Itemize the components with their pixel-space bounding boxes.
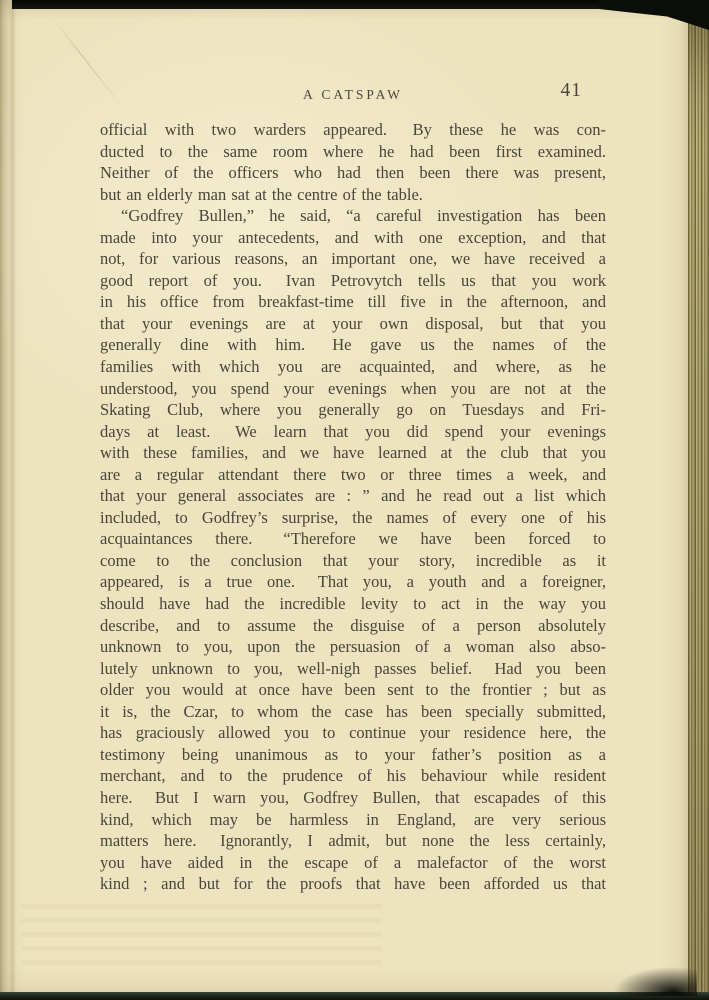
text-line: come to the conclusion that your story, …: [100, 550, 606, 572]
running-title: A CATSPAW: [100, 87, 606, 103]
text-line: good report of you. Ivan Petrovytch tell…: [100, 270, 606, 292]
text-line: lutely unknown to you, well-nigh passes …: [100, 658, 606, 680]
book-scan: A CATSPAW 41 official with two warders a…: [0, 0, 709, 1000]
text-line: generally dine with him. He gave us the …: [100, 334, 606, 356]
text-line: understood, you spend your evenings when…: [100, 378, 606, 400]
page-number: 41: [561, 80, 583, 102]
text-line: kind, which may be harmless in England, …: [100, 809, 606, 831]
text-line: that your general associates are : ” and…: [100, 485, 606, 507]
text-line: merchant, and to the prudence of his beh…: [100, 765, 606, 787]
text-line: acquaintances there. “Therefore we have …: [100, 528, 606, 550]
text-line: should have had the incredible levity to…: [100, 593, 606, 615]
text-line: has graciously allowed you to continue y…: [100, 722, 606, 744]
text-line: made into your antecedents, and with one…: [100, 227, 606, 249]
page-body-text: official with two warders appeared. By t…: [100, 119, 606, 895]
text-line: with these families, and we have learned…: [100, 442, 606, 464]
paper-streaks: [22, 904, 382, 966]
text-line: matters here. Ignorantly, I admit, but n…: [100, 830, 606, 852]
text-line: are a regular attendant there two or thr…: [100, 464, 606, 486]
text-line: but an elderly man sat at the centre of …: [100, 184, 606, 206]
text-line: families with which you are acquainted, …: [100, 356, 606, 378]
text-line: describe, and to assume the disguise of …: [100, 615, 606, 637]
text-line: appeared, is a true one. That you, a you…: [100, 571, 606, 593]
text-line: “Godfrey Bullen,” he said, “a careful in…: [100, 205, 606, 227]
printed-text-block: A CATSPAW 41 official with two warders a…: [100, 84, 606, 895]
text-line: kind ; and but for the proofs that have …: [100, 873, 606, 895]
text-line: included, to Godfrey’s surprise, the nam…: [100, 507, 606, 529]
text-line: unknown to you, upon the persuasion of a…: [100, 636, 606, 658]
text-line: that your evenings are at your own dispo…: [100, 313, 606, 335]
book-fore-edge-pages: [688, 5, 709, 994]
book-page: A CATSPAW 41 official with two warders a…: [0, 0, 688, 1000]
bottom-right-corner-shadow: [611, 966, 697, 996]
text-line: in his office from breakfast-time till f…: [100, 291, 606, 313]
text-line: ducted to the same room where he had bee…: [100, 141, 606, 163]
table-surface: [0, 992, 709, 1000]
text-line: official with two warders appeared. By t…: [100, 119, 606, 141]
page-left-edge: [0, 0, 16, 1000]
text-line: not, for various reasons, an important o…: [100, 248, 606, 270]
text-line: testimony being unanimous as to your fat…: [100, 744, 606, 766]
text-line: you have aided in the escape of a malefa…: [100, 852, 606, 874]
text-line: Neither of the officers who had then bee…: [100, 162, 606, 184]
text-line: it is, the Czar, to whom the case has be…: [100, 701, 606, 723]
text-line: days at least. We learn that you did spe…: [100, 421, 606, 443]
text-line: here. But I warn you, Godfrey Bullen, th…: [100, 787, 606, 809]
text-line: older you would at once have been sent t…: [100, 679, 606, 701]
page-header: A CATSPAW 41: [100, 84, 606, 106]
text-line: Skating Club, where you generally go on …: [100, 399, 606, 421]
